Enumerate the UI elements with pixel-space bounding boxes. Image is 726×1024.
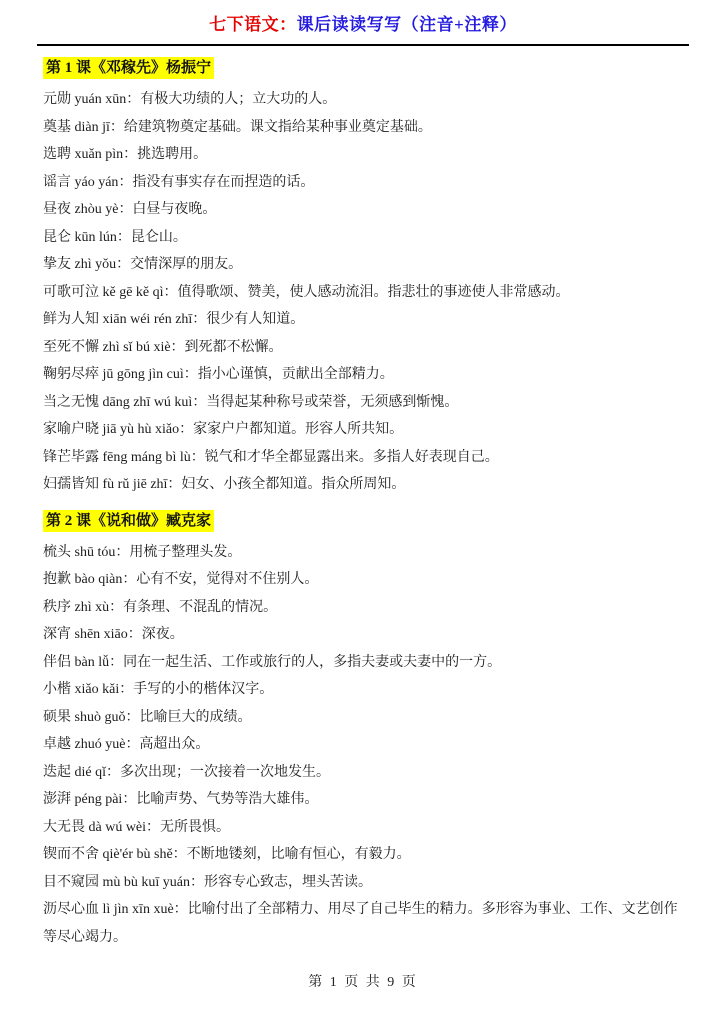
vocab-term: 元勋	[43, 92, 71, 107]
vocab-pinyin: diàn jī	[71, 120, 110, 135]
vocab-term: 抱歉	[43, 572, 71, 587]
page-title-red-segment: 七下语文：	[209, 15, 297, 34]
vocab-pinyin: zhuó yuè	[71, 737, 125, 752]
vocab-term: 锋芒毕露	[43, 450, 99, 465]
vocab-pinyin: dāng zhī wú kuì	[99, 395, 192, 410]
vocab-pinyin: jiā yù hù xiǎo	[99, 422, 179, 437]
vocab-entry: 奠基 diàn jī：给建筑物奠定基础。课文指给某种事业奠定基础。	[43, 114, 690, 142]
page-number-footer: 第 1 页 共 9 页	[0, 971, 726, 991]
vocab-term: 鲜为人知	[43, 312, 99, 327]
vocab-definition: ：多次出现；一次接着一次地发生。	[106, 765, 330, 780]
vocab-term: 小楷	[43, 682, 71, 697]
vocab-entry: 卓越 zhuó yuè：高超出众。	[43, 731, 690, 759]
vocab-definition: ：手写的小的楷体汉字。	[119, 682, 273, 697]
vocab-entry: 谣言 yáo yán：指没有事实存在而捏造的话。	[43, 169, 690, 197]
vocab-pinyin: mù bù kuī yuán	[99, 875, 190, 890]
vocab-term: 昼夜	[43, 202, 71, 217]
vocab-entry: 硕果 shuò guǒ：比喻巨大的成绩。	[43, 704, 690, 732]
vocab-pinyin: zhì xù	[71, 600, 109, 615]
vocab-term: 昆仑	[43, 230, 71, 245]
vocab-definition: ：心有不安，觉得对不住别人。	[122, 572, 318, 587]
vocab-term: 目不窥园	[43, 875, 99, 890]
section-heading: 第 1 课《邓稼先》杨振宁	[43, 57, 214, 79]
vocab-definition: ：比喻巨大的成绩。	[125, 710, 251, 725]
vocab-entry: 昆仑 kūn lún：昆仑山。	[43, 224, 690, 252]
vocab-entry: 家喻户晓 jiā yù hù xiǎo：家家户户都知道。形容人所共知。	[43, 416, 690, 444]
vocab-pinyin: xiān wéi rén zhī	[99, 312, 192, 327]
vocab-definition: ：指小心谨慎，贡献出全部精力。	[184, 367, 394, 382]
vocab-definition: ：形容专心致志，埋头苦读。	[190, 875, 372, 890]
vocab-entry: 秩序 zhì xù：有条理、不混乱的情况。	[43, 594, 690, 622]
vocab-pinyin: shū tóu	[71, 545, 115, 560]
vocab-term: 梳头	[43, 545, 71, 560]
vocab-definition: ：到死都不松懈。	[171, 340, 283, 355]
vocab-pinyin: shēn xiāo	[71, 627, 128, 642]
vocab-definition: ：同在一起生活、工作或旅行的人，多指夫妻或夫妻中的一方。	[109, 655, 501, 670]
vocab-definition: ：妇女、小孩全都知道。指众所周知。	[167, 477, 405, 492]
document-body: 第 1 课《邓稼先》杨振宁元勋 yuán xūn：有极大功绩的人；立大功的人。奠…	[0, 54, 726, 951]
vocab-definition: ：当得起某种称号或荣誉，无须感到惭愧。	[192, 395, 458, 410]
vocab-pinyin: fēng máng bì lù	[99, 450, 191, 465]
vocab-entry: 选聘 xuǎn pìn：挑选聘用。	[43, 141, 690, 169]
vocab-term: 挚友	[43, 257, 71, 272]
vocab-entry: 妇孺皆知 fù rǔ jiē zhī：妇女、小孩全都知道。指众所周知。	[43, 471, 690, 499]
vocab-entry: 元勋 yuán xūn：有极大功绩的人；立大功的人。	[43, 86, 690, 114]
vocab-entry: 当之无愧 dāng zhī wú kuì：当得起某种称号或荣誉，无须感到惭愧。	[43, 389, 690, 417]
vocab-definition: ：值得歌颂、赞美，使人感动流泪。指悲壮的事迹使人非常感动。	[164, 285, 570, 300]
vocab-pinyin: bàn lǚ	[71, 655, 109, 670]
vocab-pinyin: zhì sǐ bú xiè	[99, 340, 171, 355]
vocab-definition: ：用梳子整理头发。	[115, 545, 241, 560]
vocab-pinyin: lì jìn xīn xuè	[99, 902, 174, 917]
vocab-pinyin: péng pài	[71, 792, 122, 807]
vocab-entry: 目不窥园 mù bù kuī yuán：形容专心致志，埋头苦读。	[43, 869, 690, 897]
vocab-term: 奠基	[43, 120, 71, 135]
vocab-definition: ：锐气和才华全都显露出来。多指人好表现自己。	[191, 450, 499, 465]
vocab-entry: 锋芒毕露 fēng máng bì lù：锐气和才华全都显露出来。多指人好表现自…	[43, 444, 690, 472]
vocab-entry: 迭起 dié qǐ：多次出现；一次接着一次地发生。	[43, 759, 690, 787]
vocab-pinyin: fù rǔ jiē zhī	[99, 477, 167, 492]
vocab-pinyin: zhòu yè	[71, 202, 118, 217]
document-page: 七下语文：课后读读写写（注音+注释） 第 1 课《邓稼先》杨振宁元勋 yuán …	[0, 0, 726, 1024]
vocab-definition: ：有极大功绩的人；立大功的人。	[126, 92, 336, 107]
vocab-pinyin: jū gōng jìn cuì	[99, 367, 184, 382]
vocab-entry: 深宵 shēn xiāo：深夜。	[43, 621, 690, 649]
vocab-definition: ：深夜。	[128, 627, 184, 642]
vocab-definition: ：很少有人知道。	[192, 312, 304, 327]
page-title: 七下语文：课后读读写写（注音+注释）	[0, 0, 726, 36]
vocab-entry: 梳头 shū tóu：用梳子整理头发。	[43, 539, 690, 567]
vocab-entry: 鞠躬尽瘁 jū gōng jìn cuì：指小心谨慎，贡献出全部精力。	[43, 361, 690, 389]
vocab-pinyin: yuán xūn	[71, 92, 126, 107]
vocab-term: 硕果	[43, 710, 71, 725]
vocab-term: 秩序	[43, 600, 71, 615]
vocab-definition: ：无所畏惧。	[146, 820, 230, 835]
vocab-term: 家喻户晓	[43, 422, 99, 437]
vocab-definition: ：给建筑物奠定基础。课文指给某种事业奠定基础。	[110, 120, 432, 135]
vocab-definition: ：挑选聘用。	[123, 147, 207, 162]
vocab-definition: ：指没有事实存在而捏造的话。	[118, 175, 314, 190]
vocab-definition: ：白昼与夜晚。	[118, 202, 216, 217]
vocab-pinyin: xiǎo kǎi	[71, 682, 119, 697]
vocab-entry: 昼夜 zhòu yè：白昼与夜晚。	[43, 196, 690, 224]
vocab-term: 深宵	[43, 627, 71, 642]
vocab-term: 可歌可泣	[43, 285, 99, 300]
vocab-definition: ：比喻声势、气势等浩大雄伟。	[122, 792, 318, 807]
vocab-term: 至死不懈	[43, 340, 99, 355]
vocab-entry: 沥尽心血 lì jìn xīn xuè：比喻付出了全部精力、用尽了自己毕生的精力…	[43, 896, 690, 951]
vocab-pinyin: kě gē kě qì	[99, 285, 164, 300]
vocab-entry: 锲而不舍 qiè'ér bù shě：不断地镂刻，比喻有恒心，有毅力。	[43, 841, 690, 869]
vocab-pinyin: qiè'ér bù shě	[99, 847, 173, 862]
vocab-term: 妇孺皆知	[43, 477, 99, 492]
vocab-term: 选聘	[43, 147, 71, 162]
vocab-term: 澎湃	[43, 792, 71, 807]
vocab-entry: 鲜为人知 xiān wéi rén zhī：很少有人知道。	[43, 306, 690, 334]
vocab-entry: 抱歉 bào qiàn：心有不安，觉得对不住别人。	[43, 566, 690, 594]
title-divider	[37, 44, 689, 46]
vocab-pinyin: yáo yán	[71, 175, 118, 190]
vocab-entry: 至死不懈 zhì sǐ bú xiè：到死都不松懈。	[43, 334, 690, 362]
vocab-pinyin: dà wú wèi	[85, 820, 146, 835]
vocab-entry: 挚友 zhì yǒu：交情深厚的朋友。	[43, 251, 690, 279]
vocab-term: 鞠躬尽瘁	[43, 367, 99, 382]
vocab-definition: ：交情深厚的朋友。	[116, 257, 242, 272]
vocab-term: 迭起	[43, 765, 71, 780]
vocab-pinyin: dié qǐ	[71, 765, 106, 780]
section-heading-row-2: 第 2 课《说和做》臧克家	[43, 507, 690, 535]
vocab-term: 谣言	[43, 175, 71, 190]
vocab-definition: ：不断地镂刻，比喻有恒心，有毅力。	[173, 847, 411, 862]
vocab-entry: 伴侣 bàn lǚ：同在一起生活、工作或旅行的人，多指夫妻或夫妻中的一方。	[43, 649, 690, 677]
vocab-term: 大无畏	[43, 820, 85, 835]
vocab-entry: 小楷 xiǎo kǎi：手写的小的楷体汉字。	[43, 676, 690, 704]
vocab-term: 锲而不舍	[43, 847, 99, 862]
section-heading: 第 2 课《说和做》臧克家	[43, 510, 214, 532]
vocab-term: 卓越	[43, 737, 71, 752]
page-title-blue-segment: 课后读读写写（注音+注释）	[297, 15, 517, 34]
vocab-pinyin: bào qiàn	[71, 572, 122, 587]
vocab-definition: ：家家户户都知道。形容人所共知。	[179, 422, 403, 437]
vocab-pinyin: zhì yǒu	[71, 257, 116, 272]
section-heading-row-1: 第 1 课《邓稼先》杨振宁	[43, 54, 690, 82]
vocab-pinyin: kūn lún	[71, 230, 117, 245]
vocab-term: 当之无愧	[43, 395, 99, 410]
vocab-pinyin: xuǎn pìn	[71, 147, 123, 162]
vocab-definition: ：昆仑山。	[117, 230, 187, 245]
vocab-pinyin: shuò guǒ	[71, 710, 125, 725]
vocab-entry: 澎湃 péng pài：比喻声势、气势等浩大雄伟。	[43, 786, 690, 814]
vocab-entry: 可歌可泣 kě gē kě qì：值得歌颂、赞美，使人感动流泪。指悲壮的事迹使人…	[43, 279, 690, 307]
vocab-definition: ：高超出众。	[125, 737, 209, 752]
vocab-term: 沥尽心血	[43, 902, 99, 917]
vocab-term: 伴侣	[43, 655, 71, 670]
vocab-definition: ：有条理、不混乱的情况。	[109, 600, 277, 615]
vocab-entry: 大无畏 dà wú wèi：无所畏惧。	[43, 814, 690, 842]
